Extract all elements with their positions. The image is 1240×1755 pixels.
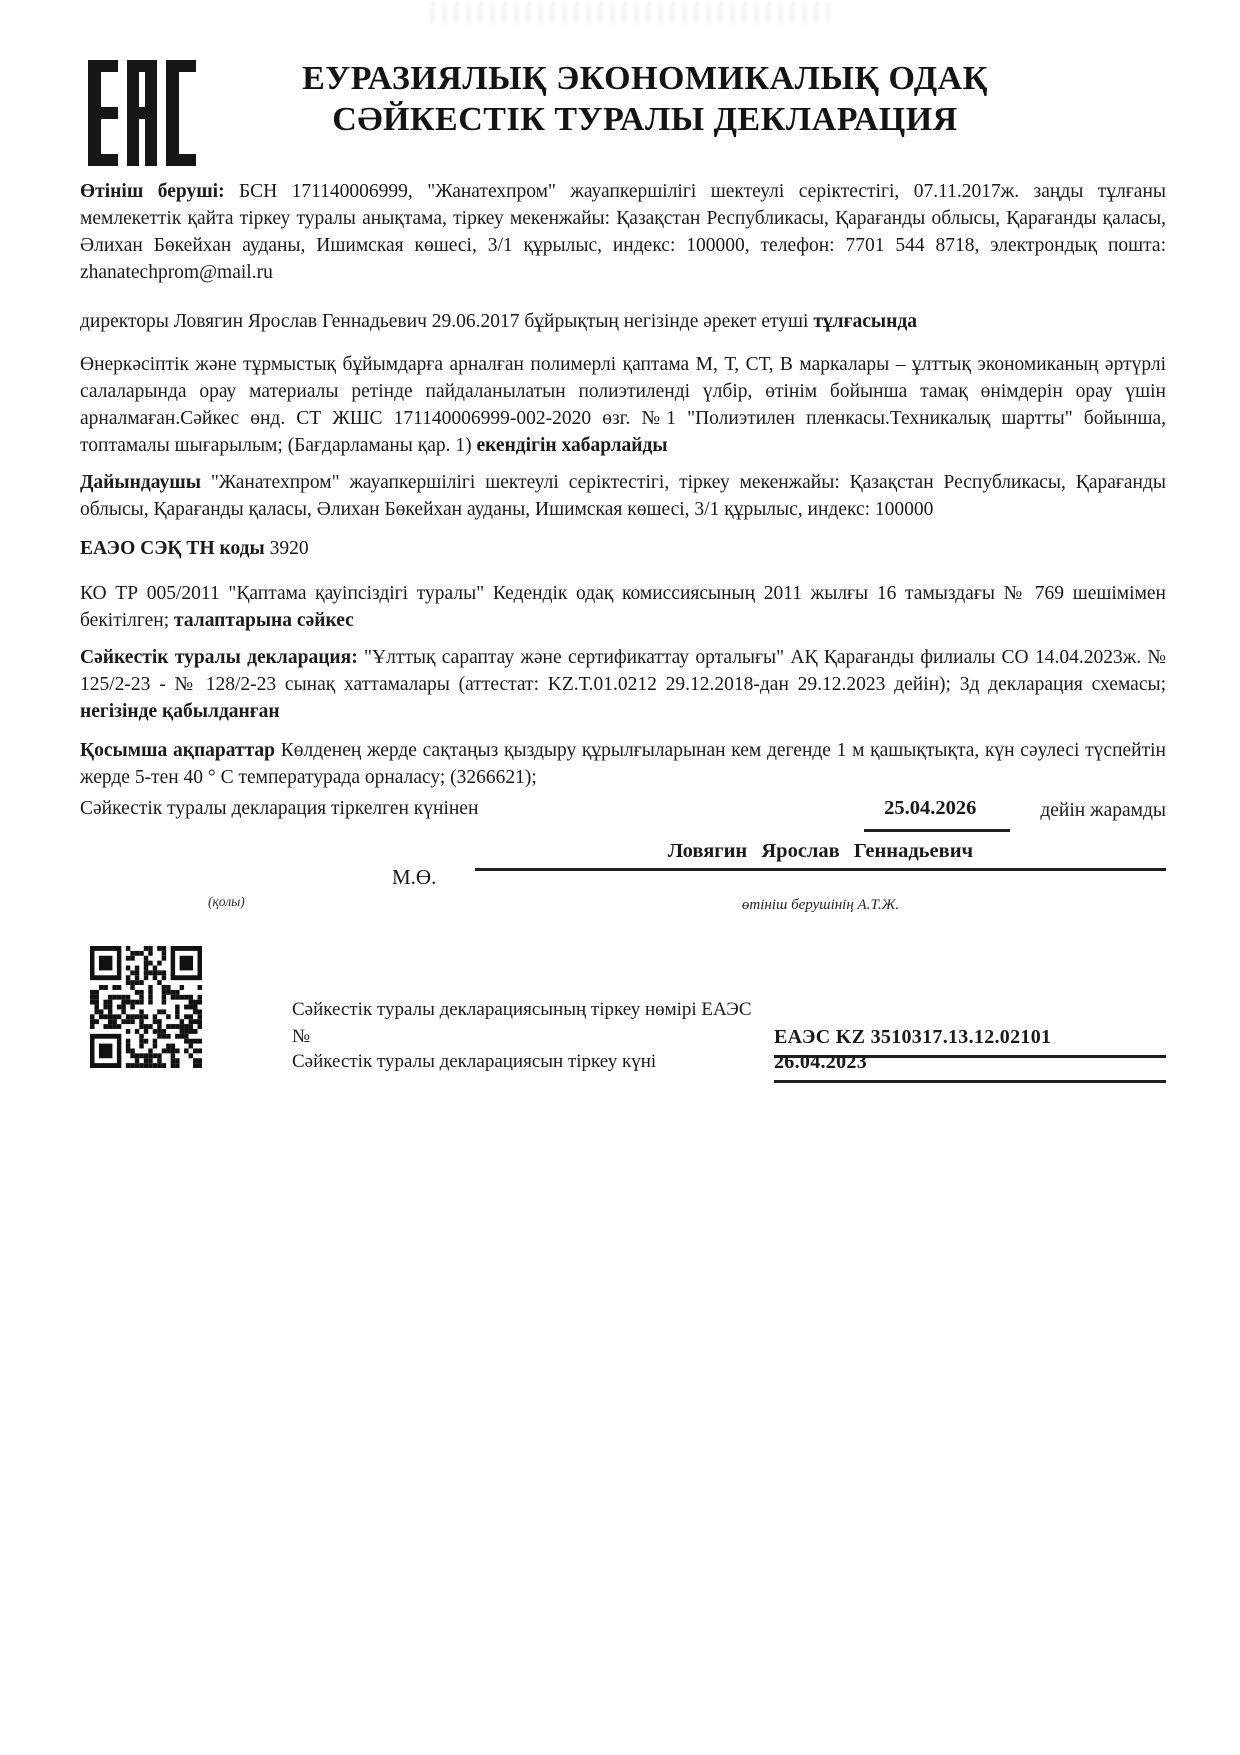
validity-date: 25.04.2026: [864, 795, 1010, 832]
paragraph-manufacturer: Дайындаушы "Жанатехпром" жауапкершілігі …: [80, 469, 1166, 523]
director-text: директоры Ловягин Ярослав Геннадьевич 29…: [80, 311, 813, 332]
qr-code: [90, 946, 202, 1068]
document-title-line2: СӘЙКЕСТІК ТУРАЛЫ ДЕКЛАРАЦИЯ: [230, 99, 1060, 140]
manufacturer-label: Дайындаушы: [80, 472, 201, 493]
scan-artifact: [430, 2, 830, 24]
registration-date-label: Сәйкестік туралы декларациясын тіркеу кү…: [292, 1048, 774, 1083]
document-body: Өтініш беруші: БСН 171140006999, "Жанате…: [80, 178, 1166, 1136]
signature-hint: (қолы): [208, 888, 245, 915]
validity-suffix: дейін жарамды: [1040, 795, 1166, 824]
validity-row: Сәйкестік туралы декларация тіркелген кү…: [80, 795, 1166, 832]
product-bold: екендігін хабарлайды: [477, 435, 668, 456]
paragraph-tn-code: ЕАЭО СЭҚ ТН коды 3920: [80, 535, 1166, 562]
paragraph-declaration-basis: Сәйкестік туралы декларация: "Ұлттық сар…: [80, 644, 1166, 725]
paragraph-product: Өнеркәсіптік және тұрмыстық бұйымдарға а…: [80, 351, 1166, 459]
signature-block: (қолы) М.Ө. Ловягин Ярослав Геннадьевич …: [80, 836, 1166, 916]
eac-conformity-mark-icon: [88, 60, 196, 166]
tn-code-label: ЕАЭО СЭҚ ТН коды: [80, 538, 265, 559]
stamp-place-label: М.Ө.: [392, 864, 436, 891]
registration-date-value: 26.04.2023: [774, 1049, 1166, 1083]
signature-line: Ловягин Ярослав Геннадьевич: [475, 838, 1166, 871]
additional-info-label: Қосымша ақпараттар: [80, 740, 275, 761]
paragraph-applicant: Өтініш беруші: БСН 171140006999, "Жанате…: [80, 178, 1166, 286]
applicant-label: Өтініш беруші:: [80, 181, 225, 202]
regulation-bold: талаптарына сәйкес: [174, 610, 354, 631]
applicant-text: БСН 171140006999, "Жанатехпром" жауапкер…: [80, 181, 1166, 283]
declaration-basis-bold: негізінде қабылданған: [80, 701, 280, 722]
registration-block: Сәйкестік туралы декларациясының тіркеу …: [80, 946, 1166, 1136]
director-bold: тұлғасында: [813, 311, 917, 332]
document-title: ЕУРАЗИЯЛЫҚ ЭКОНОМИКАЛЫҚ ОДАҚ СӘЙКЕСТІК Т…: [230, 58, 1060, 140]
declaration-document: ЕУРАЗИЯЛЫҚ ЭКОНОМИКАЛЫҚ ОДАҚ СӘЙКЕСТІК Т…: [0, 0, 1240, 1755]
validity-label: Сәйкестік туралы декларация тіркелген кү…: [80, 795, 478, 822]
paragraph-director: директоры Ловягин Ярослав Геннадьевич 29…: [80, 308, 1166, 335]
manufacturer-text: "Жанатехпром" жауапкершілігі шектеулі се…: [80, 472, 1166, 520]
document-title-line1: ЕУРАЗИЯЛЫҚ ЭКОНОМИКАЛЫҚ ОДАҚ: [230, 58, 1060, 99]
signature-caption: өтініш берушінің А.Т.Ж.: [475, 892, 1166, 919]
paragraph-additional-info: Қосымша ақпараттар Көлденең жерде сақтаң…: [80, 737, 1166, 791]
signatory-name: Ловягин Ярослав Геннадьевич: [668, 840, 973, 862]
paragraph-regulation: КО ТР 005/2011 "Қаптама қауіпсіздігі тур…: [80, 580, 1166, 634]
declaration-basis-label: Сәйкестік туралы декларация:: [80, 647, 358, 668]
registration-date-row: Сәйкестік туралы декларациясын тіркеу кү…: [292, 1048, 1166, 1083]
tn-code-value: 3920: [265, 538, 309, 559]
